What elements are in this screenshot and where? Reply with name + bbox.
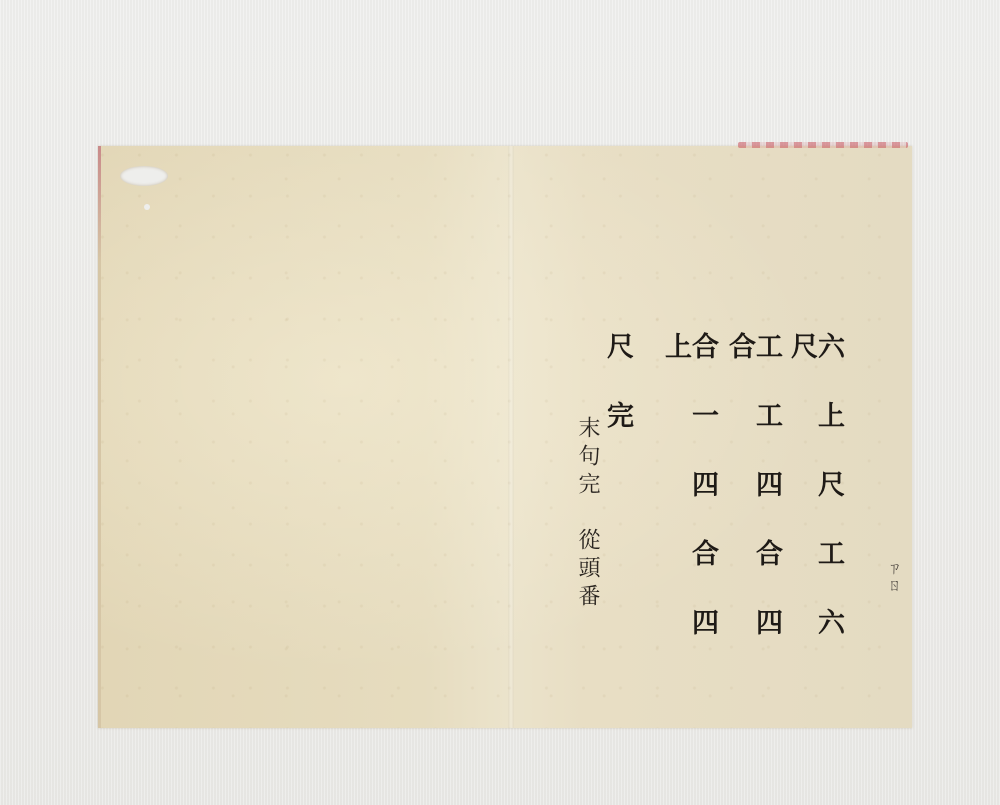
center-fold [508, 146, 514, 728]
left-edge [98, 146, 101, 728]
paper-sheet: 六上尺工六尺 工工四合四合 合一四合四上 尺完 末句完 從頭番 ㄗㄖ [98, 146, 912, 728]
paper-damage-pinhole [144, 204, 150, 210]
red-seal-fragment [738, 142, 908, 148]
annotation-end-line: 末句完 [572, 416, 603, 500]
annotation-repeat: 從頭番 [572, 528, 603, 612]
paper-damage-hole [120, 166, 168, 186]
notation-column-2: 工工四合四合 [726, 332, 780, 728]
margin-mark: ㄗㄖ [884, 560, 905, 594]
notation-column-4: 尺完 [604, 332, 631, 470]
notation-column-3: 合一四合四上 [662, 332, 716, 728]
notation-column-1: 六上尺工六尺 [788, 332, 842, 728]
